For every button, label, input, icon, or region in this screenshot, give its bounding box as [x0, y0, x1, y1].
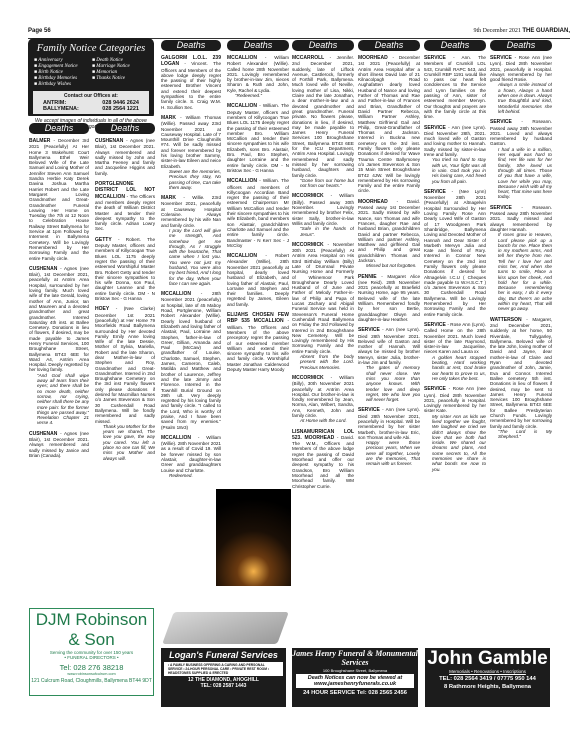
deaths-header: Deaths: [95, 123, 155, 134]
deaths-column-2: DeathsCUSHENAN - Agnes (nee Blair), 1st …: [95, 123, 155, 608]
death-notice: CUSHENAN - Agnes (nee Blair), 1st Decemb…: [95, 138, 155, 176]
ad-djm-robinson: DJM Robinson & Son Serving the community…: [29, 608, 154, 696]
deaths-header: Deaths: [161, 40, 221, 51]
deaths-header: Deaths: [358, 40, 420, 51]
verse: A golden heart stopped beating, Hard wor…: [424, 355, 486, 381]
death-notice: HOEY - (Nee Clarke) December 1st 2021 (p…: [95, 306, 155, 461]
death-notice: MCCALLION - Robert Alexander (Willie), 2…: [227, 253, 289, 307]
categories-title: Family Notice Categories: [28, 43, 154, 54]
category-item: Birthday Wishes: [34, 82, 90, 87]
ad-john-gamble: John Gamble Memorials • Renovations • In…: [425, 648, 550, 707]
death-notice: MOORHEAD - December 1st 2021 (Peacefully…: [358, 55, 420, 194]
verse: I pray the Lord will give me strength, A…: [161, 228, 221, 286]
page-number: Page 56: [28, 28, 51, 34]
issue-date: 9th December 2021 THE GUARDIAN,: [474, 28, 571, 34]
deaths-column-4: DeathsMCCALLION - William Robert Alexand…: [227, 40, 289, 488]
death-notice: SERVICE - Roseann. Passed away 28th Nove…: [490, 205, 552, 312]
death-notice: GETTY - Robert. The Deputy Master, offic…: [95, 237, 155, 302]
deaths-header: Deaths: [227, 40, 289, 51]
verse: Happy were those precious years, When we…: [358, 440, 420, 466]
verse: The gates of memory shall never close. W…: [358, 365, 420, 402]
deaths-column-7: DeathsSERVICE - Ann. The Members of Crum…: [424, 40, 486, 645]
death-notice: CUSHENAN - Agnes (nee Blair), 1st Decemb…: [29, 431, 89, 458]
deaths-header: Deaths: [29, 123, 89, 134]
category-item: Anniversary: [34, 58, 90, 63]
deaths-header: Deaths: [490, 40, 552, 51]
category-item: Memorian: [92, 70, 148, 75]
death-notice: MARK - William Thomas (Willie). Passed a…: [161, 115, 221, 190]
categories-list: Anniversary Death Notice Engagement Noti…: [34, 58, 148, 87]
deaths-column-3: DeathsGALGORM L.O.L. 239 LOGAN - Vincent…: [161, 40, 221, 610]
category-item: Birthday Memories: [34, 76, 90, 81]
death-notice: SERVICE - Rose Ann (nee Lynn). Died 28th…: [490, 55, 552, 114]
death-notice: SERVICE - Roseann. Passed away 28th Nove…: [490, 119, 552, 199]
death-notice: MCCORMICK - November 30th 2021 (Peaceful…: [292, 242, 354, 370]
death-notice: WATTERSON - Margaret, 2nd December 2021,…: [490, 317, 552, 440]
category-item: Engagement Notice: [34, 64, 90, 69]
verse: "Redeemed.": [227, 93, 289, 98]
death-notice: SERVICE - Ann. The Members of Crumkill L…: [424, 55, 486, 120]
verse: At Home with the Lord.: [292, 418, 354, 423]
death-notice: SERVICE - Rose Ann (nee Lynn). Died 28th…: [424, 386, 486, 472]
deaths-column-1: DeathsBALMER - December 3rd 2021 (Peacef…: [29, 123, 89, 608]
death-notice: SERVICE - Rose Ann (Lynn). Called Home o…: [424, 322, 486, 381]
category-item: Birth Notice: [34, 70, 90, 75]
death-notice: PORTGLENONE DISTRICT LOL NOT MCCALLION -…: [95, 181, 155, 232]
verse: Absent from the body present with the Lo…: [292, 354, 354, 370]
death-notice: MCCORMICK - William (Billy). Passed away…: [292, 193, 354, 236]
death-notice: MCCALLION - William (Willie). 28th Novem…: [161, 435, 221, 478]
verse: "Safe in the hands of Jesus".: [292, 226, 354, 237]
deaths-column-8: DeathsSERVICE - Rose Ann (nee Lynn). Die…: [490, 40, 552, 645]
ad-james-henry: James Henry Funeral & Monumental Service…: [292, 648, 418, 707]
death-notice: MCCALLION - William. The Deputy Master, …: [227, 103, 289, 173]
death-notice: CUSHENAN - Agnes (nee Blair), 1st Decemb…: [29, 266, 89, 426]
death-notice: SERVICE - Ann (nee Lynn). Died 28th Nove…: [358, 407, 420, 466]
category-item: Thanks Notice: [92, 76, 148, 81]
death-notice: MCCARROLL - Jennifer. 2nd December 2021,…: [292, 55, 354, 188]
death-notice: MOORHEAD - David. Passed away 1st Decemb…: [358, 199, 420, 269]
candle-photo: [216, 489, 291, 586]
contact-box: Contact our Offices at: ANTRIM:028 9446 …: [33, 91, 149, 114]
verse: My sister Ann as kids we lived together …: [424, 414, 486, 472]
death-notice: SERVICE - Ann (nee Lynn). Died 28th Nove…: [358, 327, 420, 402]
death-notice: PENNIE - Margaret Alice (nee Reid). 28th…: [358, 274, 420, 323]
verse: "The Lord is My Shepherd.": [490, 429, 552, 440]
verse: Redeemed.: [161, 473, 221, 478]
verse: If roses grow in Heaven, Lord please pic…: [490, 232, 552, 311]
verse: Missed but not forgotten.: [358, 263, 420, 268]
death-notice: SERVICE - Ann (nee Lynn). Died November …: [424, 125, 486, 184]
death-notice: GALGORM L.O.L. 239 LOGAN - Vincent. The …: [161, 55, 221, 110]
bible-graphic: [162, 612, 289, 644]
deaths-header: Deaths: [424, 40, 486, 51]
death-notice: MCCALLION - William Robert Alexander (Wi…: [227, 55, 289, 98]
death-notice: ELIJAHS CHOSEN FEW RBP 535 MCCALLION - W…: [227, 312, 289, 372]
verse: You tried so hard to stay with us, Your …: [424, 157, 486, 183]
death-notice: LISNAMURRICAN LOL 523. MOORHEAD - David.…: [292, 429, 354, 489]
verse: "And God shall wipe away all tears from …: [29, 373, 89, 426]
death-notice: MCCALLION - William. The officers and me…: [227, 178, 289, 248]
death-notice: MCCALLION - 28th November 2021 (peaceful…: [161, 291, 221, 430]
death-notice: SERVICE - (Nee Lynn) November 28th 2021 …: [424, 189, 486, 317]
verse: Thank you Mother for the years we shared…: [95, 424, 155, 461]
deaths-header: Deaths: [292, 40, 354, 51]
category-item: Death Notice: [92, 58, 148, 63]
death-notice: MARK - Willie. 23rd November 2021, peace…: [161, 195, 221, 286]
verse: I had a wife in a million, Her equal was…: [490, 147, 552, 200]
death-notice: MCCORMICK - William (Billy), 30th Novemb…: [292, 375, 354, 424]
verse: Sweet are the memories, Precious they st…: [161, 169, 221, 190]
deaths-column-6: DeathsMOORHEAD - December 1st 2021 (Peac…: [358, 40, 420, 645]
category-item: Marriage Notice: [92, 64, 148, 69]
verse: Always a smile instead of a frown, Alway…: [490, 82, 552, 114]
death-notice: BALMER - December 3rd 2021 (Peacefully) …: [29, 138, 89, 261]
deaths-column-5: DeathsMCCARROLL - Jennifer. 2nd December…: [292, 40, 354, 645]
verse: "Gone from our home but not from our hea…: [292, 178, 354, 189]
family-notice-categories: Family Notice Categories Anniversary Dea…: [28, 38, 154, 120]
office-ballymena: BALLYMENA:028 2564 1221: [37, 106, 145, 112]
ad-logans-funeral: Logan's Funeral Services • A FAMILY BUSI…: [161, 648, 286, 707]
